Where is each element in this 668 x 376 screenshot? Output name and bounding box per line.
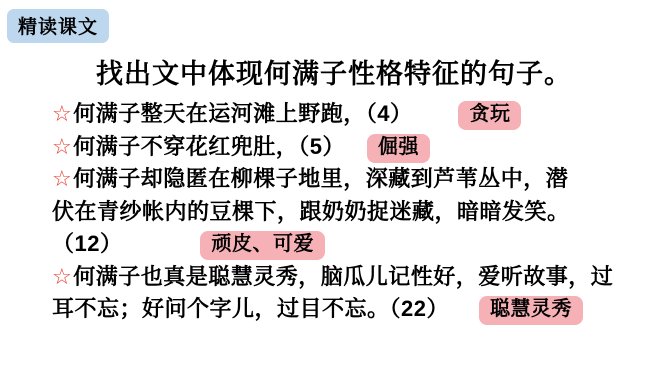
star-icon: ☆ xyxy=(52,134,72,159)
corner-tag-lesson-type: 精读课文 xyxy=(7,9,109,43)
bullet-item: ☆何满子整天在运河滩上野跑，（4）贪玩 xyxy=(52,98,654,131)
slide: { "slide": { "corner_tag": "精读课文", "titl… xyxy=(0,0,668,376)
bullet-item: ☆何满子却隐匿在柳棵子地里，深藏到芦苇丛中，潜伏在青纱帐内的豆棵下，跟奶奶捉迷藏… xyxy=(52,163,654,261)
star-icon: ☆ xyxy=(52,101,72,126)
trait-badge: 倔强 xyxy=(367,134,430,163)
bullet-item: ☆何满子不穿花红兜肚，（5）倔强 xyxy=(52,131,654,164)
star-icon: ☆ xyxy=(52,264,72,289)
page-title: 找出文中体现何满子性格特征的句子。 xyxy=(0,52,668,91)
bullet-text: 何满子不穿花红兜肚，（5） xyxy=(73,134,345,159)
bullet-item: ☆何满子也真是聪慧灵秀，脑瓜儿记性好，爱听故事，过耳不忘；好问个字儿，过目不忘。… xyxy=(52,261,654,326)
trait-badge: 聪慧灵秀 xyxy=(479,296,583,325)
star-icon: ☆ xyxy=(52,166,72,191)
bullet-text: 何满子整天在运河滩上野跑，（4） xyxy=(73,101,412,126)
bullet-list: ☆何满子整天在运河滩上野跑，（4）贪玩 ☆何满子不穿花红兜肚，（5）倔强 ☆何满… xyxy=(52,98,654,326)
trait-badge: 顽皮、可爱 xyxy=(200,231,325,260)
trait-badge: 贪玩 xyxy=(458,101,521,130)
